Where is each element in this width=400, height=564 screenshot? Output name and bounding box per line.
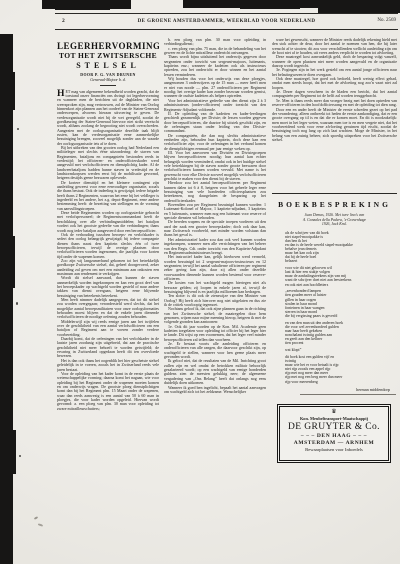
reviewer-signature: herman middendorp — [272, 387, 397, 392]
lead-text: ET mag van algemeene bekendheid worden g… — [57, 89, 159, 146]
ad-tagline: Bewaarplaatsen voor Inboedels — [280, 447, 387, 454]
ad-company-name: DE GRUYTER & Co. — [280, 422, 387, 433]
body-paragraph: Voor de opleiding van het kader komt in … — [57, 372, 159, 411]
poem-line: rijp voor meerenberg — [285, 380, 397, 384]
body-paragraph: Het administratief kader zou dan ook vee… — [164, 238, 266, 255]
body-paragraph: 2e. Er bestaat voorts alle aanleiding of… — [164, 342, 266, 359]
body-paragraph: Wordt dit stelsel aanvaard, dan kunnen d… — [57, 276, 159, 298]
review-poem: als de schrijver van dit boekniet stapel… — [272, 231, 397, 384]
body-paragraph: Voor het administratieve gedeelte van de… — [164, 99, 266, 112]
article-column-3: ware het gewenscht, wanneer de Minister … — [272, 38, 397, 564]
scan-edge-left — [13, 72, 15, 110]
scan-speck — [38, 523, 43, 526]
masthead-title: DE GROENE AMSTERDAMMER, WEEKBLAD VOOR NE… — [55, 19, 398, 24]
section-divider — [272, 193, 397, 194]
header-rule-bottom — [55, 29, 398, 30]
body-paragraph: Zoo zijn wij langzamerhand gekomen tot h… — [57, 259, 159, 276]
body-paragraph: Het is dan ook thans het oogenblik het h… — [57, 359, 159, 372]
body-paragraph: III. Voor het aanvoeren van Divisiën en … — [164, 151, 266, 181]
book-citation: Juan Demas, 1926. Met twee lino's vanA. … — [272, 213, 397, 227]
body-paragraph: Daarbij komt, dat de oefeningen van het … — [57, 337, 159, 359]
scan-edge-left — [13, 430, 16, 474]
newspaper-page: 2 DE GROENE AMSTERDAMMER, WEEKBLAD VOOR … — [0, 0, 400, 564]
body-paragraph: 1e. Ook dit jaar worden op de Kon. Mil. … — [164, 325, 266, 342]
column1-paragraphs: Bij het uitbreken van den grooten oorlog… — [57, 146, 159, 411]
scan-speck — [34, 516, 38, 520]
body-paragraph: Ik geloof niet, dat de resultaten van de… — [164, 359, 266, 385]
review-section-title: BOEKBESPREKING — [272, 200, 397, 209]
byline: DOOR P. G. VAN DRUNEN — [57, 73, 159, 77]
scan-speck — [16, 302, 18, 305]
body-paragraph: Men heeft nimmer dadelijk aangegeven, da… — [57, 298, 159, 320]
lead-paragraph: HET mag van algemeene bekendheid worden … — [57, 90, 159, 146]
scan-edge-left — [13, 236, 15, 288]
body-paragraph: Wij houden dus voor het onderwijs van de… — [164, 77, 266, 99]
headline-line-1: LEGERHERVORMING — [57, 41, 159, 51]
body-paragraph: Bovendien zou per Regiment bezuinigd kun… — [164, 203, 266, 220]
article-headline: LEGERHERVORMING TOT HET ZWITSERSCHE STEL… — [57, 41, 159, 86]
body-paragraph: Het instructief kader kan, gelijk hierbo… — [164, 255, 266, 281]
body-paragraph: Thans wordt bijna uitsluitend het onderw… — [164, 55, 266, 77]
body-paragraph: Bij het uitbreken van den grooten oorlog… — [57, 146, 159, 181]
body-paragraph: Deze beide Regimenten worden op oorlogss… — [57, 211, 159, 233]
headline-line-3: STELSEL — [57, 61, 159, 70]
body-paragraph: Nochtans geloof ik, dat ook zijne planne… — [164, 307, 266, 324]
scan-edge-top — [318, 0, 400, 13]
advertisement-box: ♛ Kon. Meubeltransport-Maatschappij DE G… — [277, 404, 391, 463]
scan-speck — [19, 455, 21, 457]
body-paragraph: De compagnieën, die dan nog slechts admi… — [164, 134, 266, 151]
body-paragraph: Hierdoor zou het aantal beroepsofficiere… — [164, 181, 266, 203]
column3-paragraphs: ware het gewenscht, wanneer de Minister … — [272, 38, 397, 188]
body-paragraph: De bereden wapens en de speciale troepen… — [164, 220, 266, 237]
byline-divider — [100, 85, 116, 86]
advertisement-inner-border: ♛ Kon. Meubeltransport-Maatschappij DE G… — [279, 406, 388, 460]
byline-rank: Generaal-Majoor b. d. — [57, 78, 159, 82]
body-paragraph: ware het gewenscht, wanneer de Minister … — [272, 38, 397, 55]
header-rule-top — [55, 13, 398, 14]
body-paragraph: De kortere diensttijd en het kleinere co… — [57, 181, 159, 211]
body-paragraph: Ook de verhouding tusschen beroeps- en v… — [57, 233, 159, 259]
body-paragraph: II. De opleiding van de kadetten en kade… — [164, 112, 266, 134]
crown-icon: ♛ — [280, 409, 387, 416]
citation-line: 1926, Jack Krul. — [272, 222, 397, 227]
page-header: 2 DE GROENE AMSTERDAMMER, WEEKBLAD VOOR … — [55, 15, 398, 29]
headline-line-2: TOT HET ZWITSERSCHE — [57, 51, 159, 61]
ad-divider — [300, 394, 396, 395]
ad-cities: AMSTERDAM — ARNHEM — [280, 440, 387, 447]
body-paragraph: Wanneer ik goed ben ingelicht, bepaalt h… — [164, 386, 266, 395]
scan-edge-top — [55, 8, 110, 10]
body-paragraph: Middelerwijl zijn wij reeds eenige jaren… — [57, 320, 159, 337]
article-column-2: b. een ploeg van plm. 30 man voor opleid… — [164, 38, 266, 468]
scan-edge-top — [240, 7, 300, 9]
article-column-1: LEGERHERVORMING TOT HET ZWITSERSCHE STEL… — [57, 38, 159, 488]
ad-city-denhaag: – – – DEN HAAG – – – — [280, 433, 387, 440]
scan-speck — [17, 128, 19, 130]
issue-number: No. 2569 — [377, 18, 396, 23]
body-paragraph: Door een en ander heeft de Minister de e… — [272, 108, 397, 143]
scan-edge-left — [0, 34, 13, 564]
